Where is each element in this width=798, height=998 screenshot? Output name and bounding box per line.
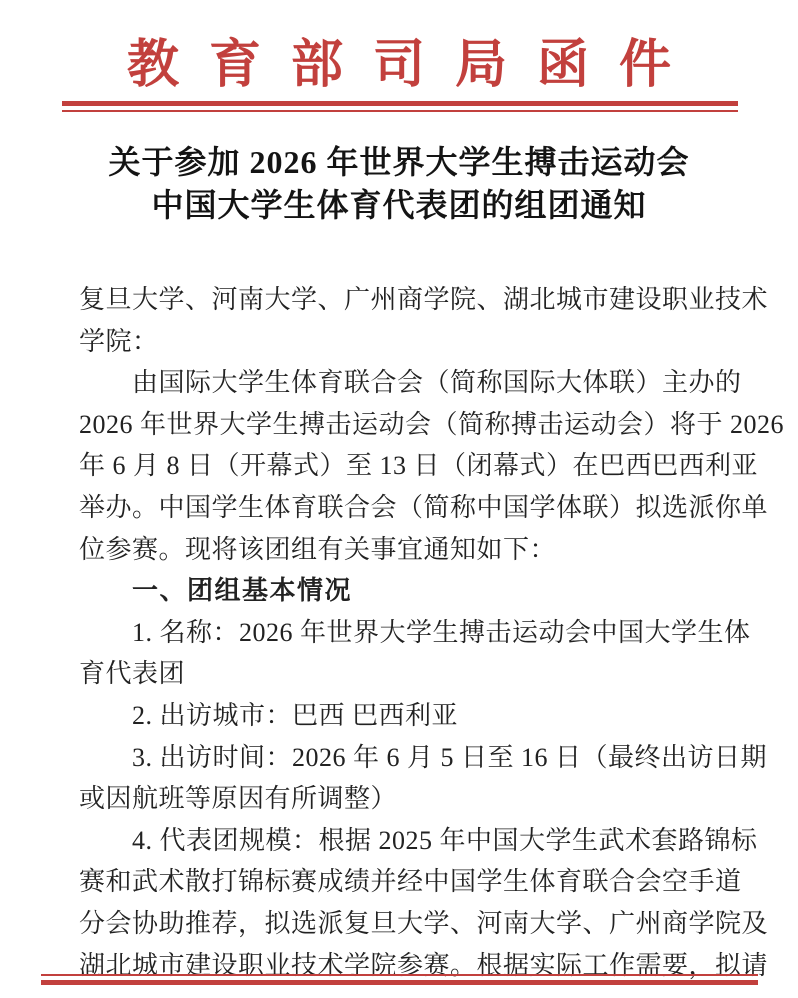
footer-rule-thick-bar	[41, 980, 758, 985]
body-line: 育代表团	[79, 653, 727, 695]
body-line: 赛和武术散打锦标赛成绩并经中国学生体育联合会空手道	[79, 861, 727, 903]
header-double-rule	[62, 101, 738, 112]
body-line: 3. 出访时间：2026 年 6 月 5 日至 16 日（最终出访日期	[79, 737, 727, 779]
document-title-line-1: 关于参加 2026 年世界大学生搏击运动会	[108, 144, 689, 180]
document-title-line-2: 中国大学生体育代表团的组团通知	[151, 187, 646, 223]
letterhead-title: 教育部司局函件	[0, 22, 798, 97]
body-line: 举办。中国学生体育联合会（简称中国学体联）拟选派你单	[79, 487, 727, 529]
body-line: 分会协助推荐，拟选派复旦大学、河南大学、广州商学院及	[79, 903, 727, 945]
document-page: 教育部司局函件 关于参加 2026 年世界大学生搏击运动会 中国大学生体育代表团…	[0, 0, 798, 998]
body-line: 或因航班等原因有所调整）	[79, 778, 727, 820]
document-title: 关于参加 2026 年世界大学生搏击运动会 中国大学生体育代表团的组团通知	[0, 141, 798, 227]
body-line: 学院：	[79, 321, 727, 363]
body-line: 由国际大学生体育联合会（简称国际大体联）主办的	[79, 362, 727, 404]
body-line: 2. 出访城市：巴西 巴西利亚	[79, 695, 727, 737]
body-line: 位参赛。现将该团组有关事宜通知如下：	[79, 529, 727, 571]
body-line: 复旦大学、河南大学、广州商学院、湖北城市建设职业技术	[79, 279, 727, 321]
section-heading: 一、团组基本情况	[79, 570, 727, 612]
header-rule-thin-bar	[62, 110, 738, 112]
body-line: 2026 年世界大学生搏击运动会（简称搏击运动会）将于 2026	[79, 404, 727, 446]
body-line: 1. 名称：2026 年世界大学生搏击运动会中国大学生体	[79, 612, 727, 654]
body-line: 4. 代表团规模：根据 2025 年中国大学生武术套路锦标	[79, 820, 727, 862]
footer-double-rule	[41, 974, 758, 985]
document-body: 复旦大学、河南大学、广州商学院、湖北城市建设职业技术学院：由国际大学生体育联合会…	[79, 279, 727, 986]
body-line: 年 6 月 8 日（开幕式）至 13 日（闭幕式）在巴西巴西利亚	[79, 445, 727, 487]
